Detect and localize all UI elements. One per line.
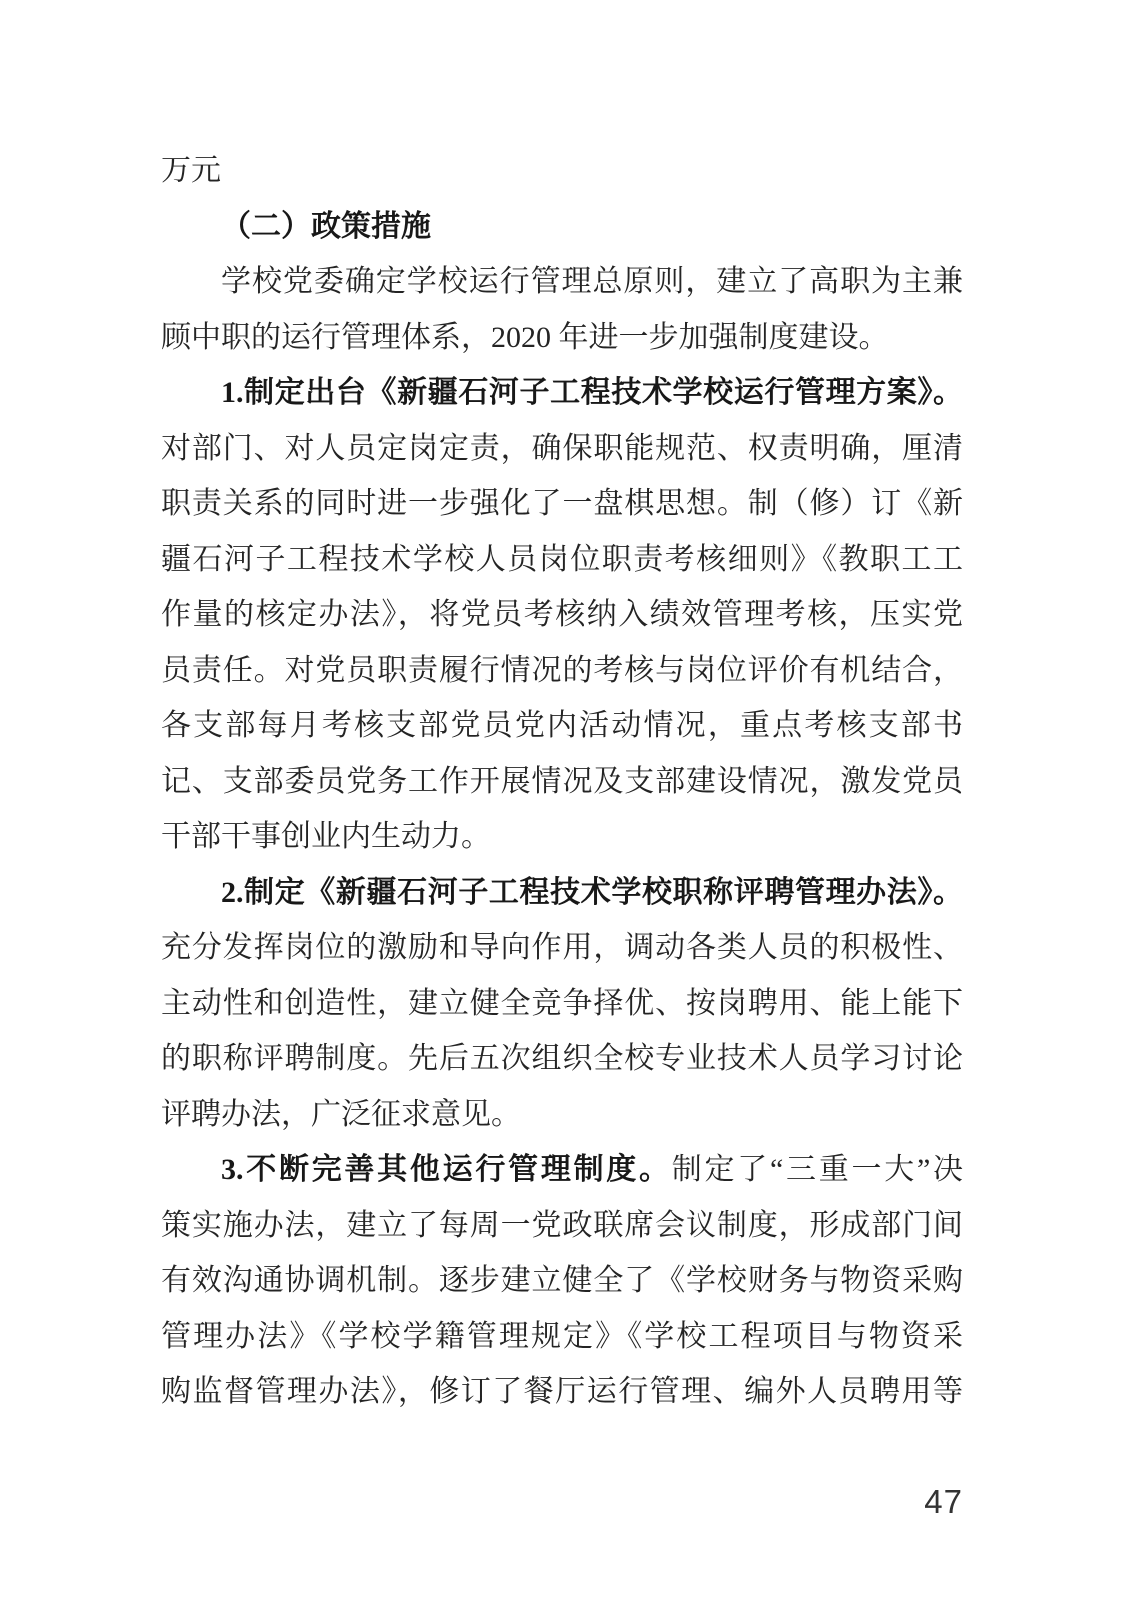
text-line: 购监督管理办法》，修订了餐厅运行管理、编外人员聘用等 (161, 1364, 963, 1420)
page-number: 47 (161, 1482, 963, 1522)
text-line: 作量的核定办法》，将党员考核纳入绩效管理考核，压实党 (161, 587, 963, 643)
text-run: 万元 (161, 154, 221, 187)
text-run: 干部干事创业内生动力。 (161, 820, 491, 853)
text-line: 万元 (161, 143, 963, 199)
document-page: 万元（二）政策措施学校党委确定学校运行管理总原则，建立了高职为主兼顾中职的运行管… (0, 0, 1131, 1600)
text-run: 有效沟通协调机制。逐步建立健全了《学校财务与物资采购 (161, 1264, 963, 1297)
item-heading-line: 1.制定出台《新疆石河子工程技术学校运行管理方案》。 (161, 365, 963, 421)
section-heading: （二）政策措施 (161, 199, 963, 255)
text-run: 购监督管理办法》，修订了餐厅运行管理、编外人员聘用等 (161, 1375, 963, 1408)
text-line: 策实施办法，建立了每周一党政联席会议制度，形成部门间 (161, 1198, 963, 1254)
text-line: 学校党委确定学校运行管理总原则，建立了高职为主兼 (161, 254, 963, 310)
text-run: 各支部每月考核支部党员党内活动情况，重点考核支部书 (161, 709, 963, 742)
text-line: 评聘办法，广泛征求意见。 (161, 1087, 963, 1143)
text-line: 顾中职的运行管理体系，2020 年进一步加强制度建设。 (161, 310, 963, 366)
text-run: 制定了“三重一大”决 (672, 1153, 963, 1186)
text-run: 策实施办法，建立了每周一党政联席会议制度，形成部门间 (161, 1209, 963, 1242)
text-line: 的职称评聘制度。先后五次组织全校专业技术人员学习讨论 (161, 1031, 963, 1087)
text-line: 有效沟通协调机制。逐步建立健全了《学校财务与物资采购 (161, 1253, 963, 1309)
bold-text-run: （二）政策措施 (221, 210, 431, 243)
text-run: 记、支部委员党务工作开展情况及支部建设情况，激发党员 (161, 765, 963, 798)
text-run: 作量的核定办法》，将党员考核纳入绩效管理考核，压实党 (161, 598, 963, 631)
bold-text-run: 3.不断完善其他运行管理制度。 (221, 1153, 672, 1186)
text-run: 主动性和创造性，建立健全竞争择优、按岗聘用、能上能下 (161, 987, 963, 1020)
text-run: 顾中职的运行管理体系，2020 年进一步加强制度建设。 (161, 321, 889, 354)
bold-text-run: 2.制定《新疆石河子工程技术学校职称评聘管理办法》。 (221, 876, 963, 909)
text-run: 员责任。对党员职责履行情况的考核与岗位评价有机结合， (161, 654, 963, 687)
text-line: 充分发挥岗位的激励和导向作用，调动各类人员的积极性、 (161, 920, 963, 976)
text-line: 对部门、对人员定岗定责，确保职能规范、权责明确，厘清 (161, 421, 963, 477)
item-heading-line: 3.不断完善其他运行管理制度。制定了“三重一大”决 (161, 1142, 963, 1198)
document-body: 万元（二）政策措施学校党委确定学校运行管理总原则，建立了高职为主兼顾中职的运行管… (161, 143, 963, 1420)
item-heading-line: 2.制定《新疆石河子工程技术学校职称评聘管理办法》。 (161, 865, 963, 921)
text-run: 对部门、对人员定岗定责，确保职能规范、权责明确，厘清 (161, 432, 963, 465)
text-line: 各支部每月考核支部党员党内活动情况，重点考核支部书 (161, 698, 963, 754)
text-run: 充分发挥岗位的激励和导向作用，调动各类人员的积极性、 (161, 931, 963, 964)
text-run: 管理办法》《学校学籍管理规定》《学校工程项目与物资采 (161, 1320, 963, 1353)
text-run: 的职称评聘制度。先后五次组织全校专业技术人员学习讨论 (161, 1042, 963, 1075)
text-run: 评聘办法，广泛征求意见。 (161, 1098, 521, 1131)
text-run: 疆石河子工程技术学校人员岗位职责考核细则》《教职工工 (161, 543, 963, 576)
bold-text-run: 1.制定出台《新疆石河子工程技术学校运行管理方案》。 (221, 376, 963, 409)
text-line: 管理办法》《学校学籍管理规定》《学校工程项目与物资采 (161, 1309, 963, 1365)
text-line: 干部干事创业内生动力。 (161, 809, 963, 865)
text-line: 主动性和创造性，建立健全竞争择优、按岗聘用、能上能下 (161, 976, 963, 1032)
text-run: 职责关系的同时进一步强化了一盘棋思想。制（修）订《新 (161, 487, 963, 520)
text-line: 记、支部委员党务工作开展情况及支部建设情况，激发党员 (161, 754, 963, 810)
text-line: 疆石河子工程技术学校人员岗位职责考核细则》《教职工工 (161, 532, 963, 588)
text-line: 员责任。对党员职责履行情况的考核与岗位评价有机结合， (161, 643, 963, 699)
text-run: 学校党委确定学校运行管理总原则，建立了高职为主兼 (221, 265, 963, 298)
text-line: 职责关系的同时进一步强化了一盘棋思想。制（修）订《新 (161, 476, 963, 532)
